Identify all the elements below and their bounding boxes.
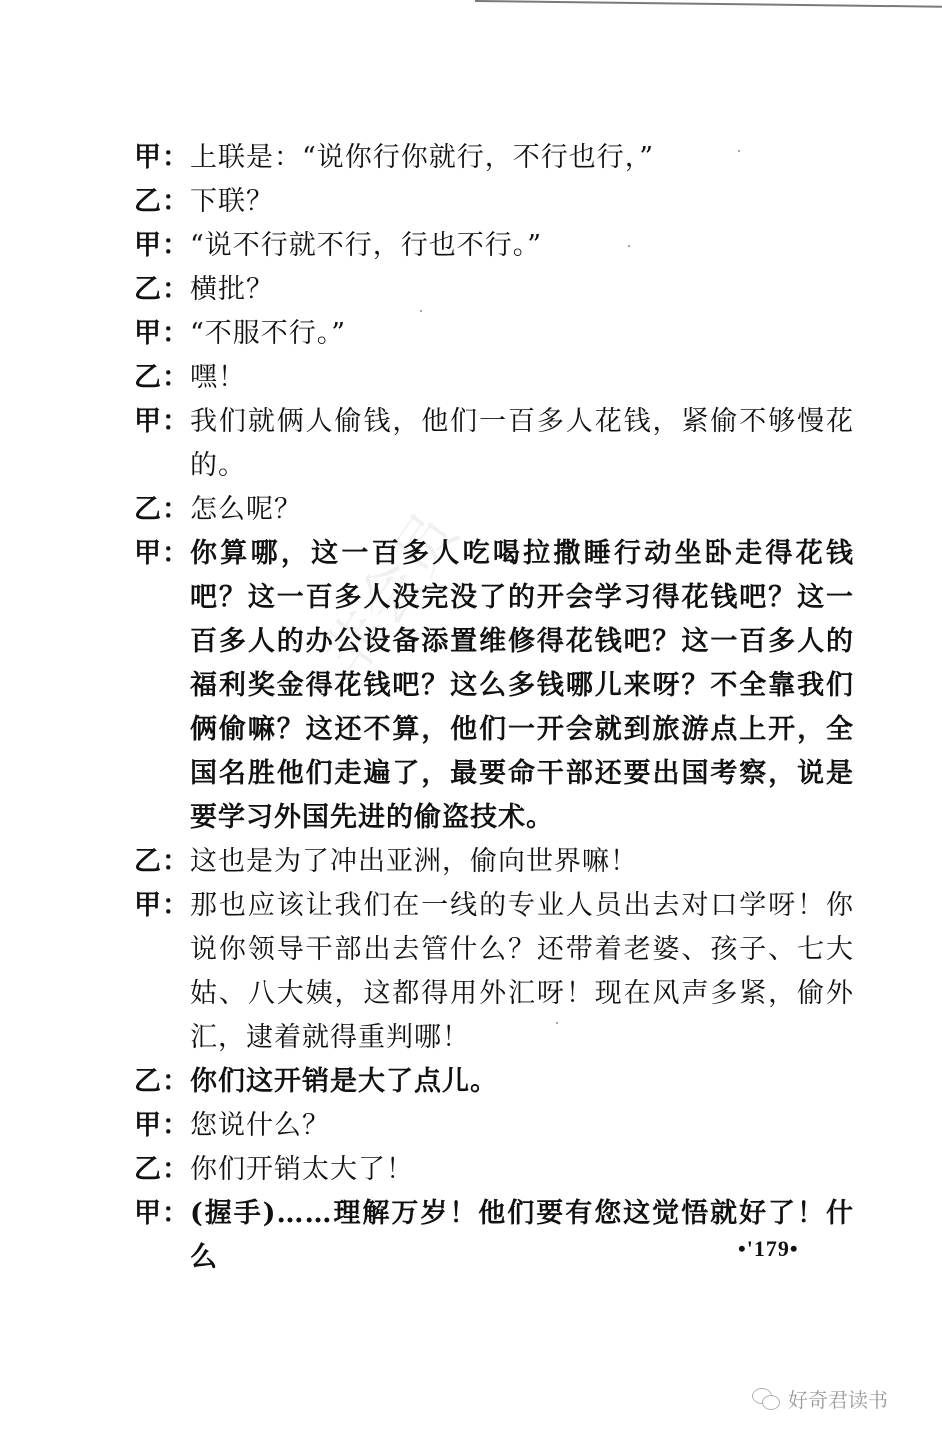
dialogue-line: 甲： 你算哪，这一百多人吃喝拉撒睡行动坐卧走得花钱吧？这一百多人没完没了的开会学… bbox=[134, 532, 854, 840]
source-watermark: 好奇君读书 bbox=[752, 1384, 888, 1413]
speaker-label: 乙： bbox=[134, 488, 190, 532]
dialogue-block: 甲： 上联是：“说你行你就行，不行也行，” 乙： 下联？ 甲： “说不行就不行，… bbox=[134, 136, 854, 1280]
speech-text: 你算哪，这一百多人吃喝拉撒睡行动坐卧走得花钱吧？这一百多人没完没了的开会学习得花… bbox=[190, 532, 854, 840]
speaker-label: 乙： bbox=[134, 180, 190, 224]
speaker-label: 甲： bbox=[134, 400, 190, 444]
scan-speck bbox=[556, 1022, 558, 1024]
dialogue-line: 乙： 你们开销太大了！ bbox=[134, 1148, 854, 1192]
speaker-label: 乙： bbox=[134, 840, 190, 884]
dialogue-line: 乙： 嘿！ bbox=[134, 356, 854, 400]
speaker-label: 甲： bbox=[134, 1192, 190, 1236]
scan-speck bbox=[738, 150, 740, 152]
watermark-text: 好奇君读书 bbox=[788, 1384, 888, 1413]
speech-text: 那也应该让我们在一线的专业人员出去对口学呀！你说你领导干部出去管什么？还带着老婆… bbox=[190, 884, 854, 1060]
speech-text: 横批？ bbox=[190, 268, 854, 312]
dialogue-line: 甲： 上联是：“说你行你就行，不行也行，” bbox=[134, 136, 854, 180]
speech-text: “说不行就不行，行也不行。” bbox=[190, 224, 854, 268]
dialogue-line: 甲： 我们就俩人偷钱，他们一百多人花钱，紧偷不够慢花的。 bbox=[134, 400, 854, 488]
speech-text: 这也是为了冲出亚洲，偷向世界嘛！ bbox=[190, 840, 854, 884]
scan-speck bbox=[420, 310, 422, 312]
dialogue-line: 乙： 这也是为了冲出亚洲，偷向世界嘛！ bbox=[134, 840, 854, 884]
speech-text: 下联？ bbox=[190, 180, 854, 224]
speaker-label: 乙： bbox=[134, 1060, 190, 1104]
dialogue-line: 乙： 怎么呢？ bbox=[134, 488, 854, 532]
speech-text: 您说什么？ bbox=[190, 1104, 854, 1148]
speech-text: “不服不行。” bbox=[190, 312, 854, 356]
speaker-label: 甲： bbox=[134, 884, 190, 928]
speech-text: 你们这开销是大了点儿。 bbox=[190, 1060, 854, 1104]
speech-text: 我们就俩人偷钱，他们一百多人花钱，紧偷不够慢花的。 bbox=[190, 400, 854, 488]
speech-text: 怎么呢？ bbox=[190, 488, 854, 532]
speaker-label: 甲： bbox=[134, 1104, 190, 1148]
speech-text: 嘿！ bbox=[190, 356, 854, 400]
wechat-icon bbox=[752, 1388, 782, 1410]
dialogue-line: 甲： 那也应该让我们在一线的专业人员出去对口学呀！你说你领导干部出去管什么？还带… bbox=[134, 884, 854, 1060]
speaker-label: 甲： bbox=[134, 312, 190, 356]
speaker-label: 甲： bbox=[134, 136, 190, 180]
speaker-label: 乙： bbox=[134, 268, 190, 312]
page-number: •'179• bbox=[738, 1236, 799, 1262]
dialogue-line: 乙： 下联？ bbox=[134, 180, 854, 224]
dialogue-line: 甲： 您说什么？ bbox=[134, 1104, 854, 1148]
book-page: 甲： 上联是：“说你行你就行，不行也行，” 乙： 下联？ 甲： “说不行就不行，… bbox=[0, 0, 942, 1432]
speech-text: 你们开销太大了！ bbox=[190, 1148, 854, 1192]
dialogue-line: 乙： 你们这开销是大了点儿。 bbox=[134, 1060, 854, 1104]
dialogue-line: 甲： “说不行就不行，行也不行。” bbox=[134, 224, 854, 268]
speaker-label: 乙： bbox=[134, 1148, 190, 1192]
speaker-label: 甲： bbox=[134, 224, 190, 268]
speaker-label: 甲： bbox=[134, 532, 190, 576]
speaker-label: 乙： bbox=[134, 356, 190, 400]
dialogue-line: 乙： 横批？ bbox=[134, 268, 854, 312]
dialogue-line: 甲： “不服不行。” bbox=[134, 312, 854, 356]
speech-text: 上联是：“说你行你就行，不行也行，” bbox=[190, 136, 854, 180]
scan-speck bbox=[628, 245, 630, 247]
